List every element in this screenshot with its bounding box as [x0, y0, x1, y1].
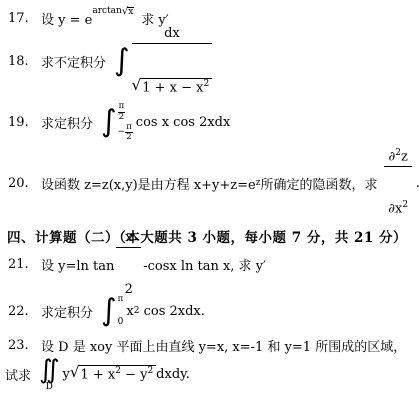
- double-integral: ∬ D: [39, 357, 60, 392]
- upper-limit-denominator: 2: [118, 113, 126, 123]
- question-22-number: 22.: [8, 304, 30, 319]
- radicand-exponent2: 2: [147, 366, 153, 376]
- differential-text: dxdy.: [156, 367, 190, 382]
- radicand: 1 + x − x2: [140, 78, 212, 97]
- partial-variable-order: 2: [402, 200, 408, 210]
- question-20: 20. 设函数 z=z(x,y)是由方程 x+y+z=ez所确定的隐函数，求 ∂…: [8, 162, 419, 204]
- question-19-number: 19.: [8, 115, 30, 130]
- integral-sign: ∫: [101, 296, 117, 326]
- lower-limit: −π2: [118, 123, 133, 144]
- minus-sign: −: [118, 128, 126, 137]
- integral-sign: ∫: [114, 46, 130, 76]
- integral-limits: π 0: [118, 295, 124, 327]
- exponent-arctan-sqrt-x: arctan√x: [92, 7, 134, 17]
- radicand-text: 1 + x − x: [142, 80, 203, 95]
- definite-integral: ∫ π 0: [101, 295, 126, 327]
- question-23-ask: 试求: [5, 365, 31, 384]
- dependent-variable: z: [401, 149, 408, 164]
- question-20-text: 设函数 z=z(x,y)是由方程 x+y+z=e: [41, 174, 256, 193]
- question-19: 19. 求定积分 ∫ π2 −π2 cos x cos 2xdx: [8, 99, 230, 145]
- radicand-part2: − y: [121, 368, 148, 383]
- question-18: 18. 求不定积分 ∫ dx √1 + x − x2: [8, 37, 214, 85]
- radicand-exponent: 2: [203, 79, 209, 89]
- fraction-numerator: dx: [132, 26, 213, 44]
- question-21-rest: -cosx ln tan x, 求 y′: [143, 255, 266, 274]
- sqrt-expression: √1 + x − x2: [132, 78, 213, 97]
- double-integral-sign: ∬: [39, 357, 60, 383]
- question-20-number: 20.: [8, 176, 30, 191]
- question-23-number: 23.: [8, 338, 30, 353]
- partial-variable: ∂x: [388, 201, 402, 216]
- question-17-text: 设 y = e: [41, 9, 92, 28]
- integrand-x: x: [126, 304, 133, 319]
- integrand-y: y: [63, 367, 70, 382]
- integration-domain: D: [46, 383, 53, 392]
- sqrt-expression: √1 + x2 − y2: [70, 365, 156, 382]
- lower-limit-denominator: 2: [125, 133, 133, 143]
- question-18-number: 18.: [8, 54, 30, 69]
- question-22-label: 求定积分: [41, 302, 93, 321]
- integral-limits: π2 −π2: [118, 102, 133, 142]
- upper-limit: π: [118, 295, 124, 304]
- radicand: 1 + x2 − y2: [78, 365, 156, 382]
- fraction-numerator: x: [116, 230, 141, 248]
- fraction-numerator: ∂2z: [384, 149, 411, 168]
- integrand-text: cos x cos 2xdx: [136, 115, 231, 130]
- question-21-text: 设 y=ln tan: [41, 255, 114, 274]
- lower-limit: 0: [118, 318, 124, 327]
- question-21: 21. 设 y=ln tan x 2 -cosx ln tan x, 求 y′: [8, 246, 266, 282]
- question-20-mid: 所确定的隐函数，求: [260, 174, 377, 193]
- upper-limit-fraction: π2: [118, 102, 126, 123]
- fraction-denominator: √1 + x − x2: [132, 77, 213, 97]
- question-17-number: 17.: [8, 11, 30, 26]
- question-22: 22. 求定积分 ∫ π 0 x2 cos 2xdx.: [8, 293, 205, 329]
- question-19-label: 求定积分: [41, 113, 93, 132]
- definite-integral: ∫ π2 −π2: [101, 102, 136, 142]
- question-23-line2: 试求 ∬ D y √1 + x2 − y2 dxdy.: [5, 352, 190, 396]
- lower-limit-fraction: π2: [125, 123, 133, 144]
- fraction-denominator: ∂x2: [384, 200, 411, 218]
- question-18-label: 求不定积分: [41, 52, 106, 71]
- integrand-rest: cos 2xdx.: [139, 304, 204, 319]
- radicand-part1: 1 + x: [80, 368, 115, 383]
- exam-page: 17. 设 y = earctan√x 求 y′ 18. 求不定积分 ∫ dx …: [0, 0, 419, 397]
- exponent-function: arctan: [92, 7, 122, 16]
- section-heading: 四、计算题（二）（本大题共 3 小题，每小题 7 分，共 21 分）: [7, 226, 407, 246]
- upper-limit: π2: [118, 102, 133, 123]
- integral-sign: ∫: [101, 107, 117, 137]
- question-21-number: 21.: [8, 257, 30, 272]
